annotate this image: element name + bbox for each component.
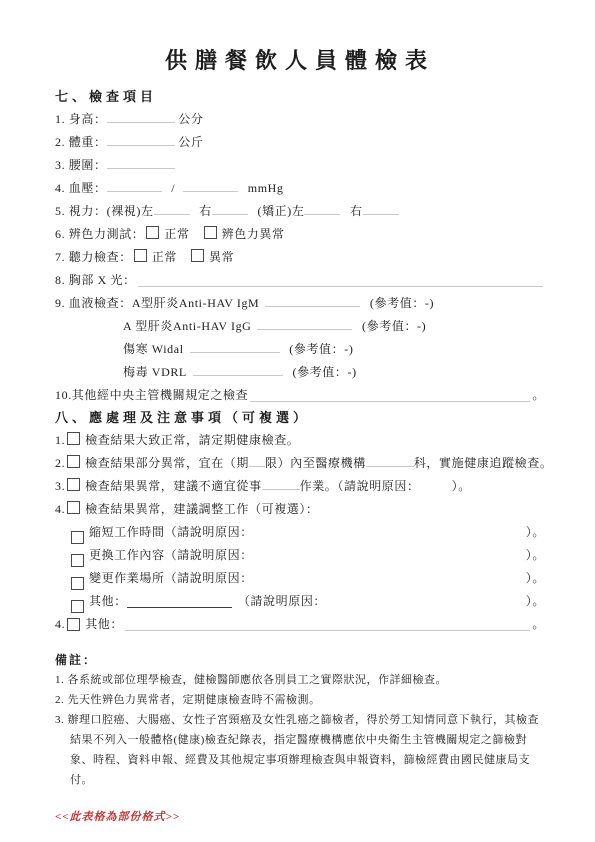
blood-igg-blank[interactable] <box>257 316 352 330</box>
blood-vdrl-name: 梅毒 VDRL <box>123 365 187 379</box>
row-adjust-work: 4.檢查結果異常，建議調整工作（可複選）： <box>55 498 545 521</box>
item1-num: 1. <box>55 433 65 447</box>
bp-label: 4. 血壓： <box>55 181 107 195</box>
color-abnormal-checkbox[interactable] <box>204 226 217 239</box>
shorten-hours-close: ）。 <box>526 521 545 544</box>
row-blood-widal: 傷寒 Widal (參考值：-) <box>55 338 545 361</box>
notes-section: 備註： 1. 各系統或部位理學檢查，健檢醫師應依各別員工之實際狀況，作詳細檢查。… <box>55 650 545 790</box>
blood-igm-ref: (參考值：-) <box>370 296 434 310</box>
adjust-other-checkbox[interactable] <box>71 600 84 613</box>
note-item-1: 1. 各系統或部位理學檢查，健檢醫師應依各別員工之實際狀況，作詳細檢查。 <box>55 670 545 690</box>
xray-input-blank[interactable] <box>138 286 543 287</box>
item2-period-blank[interactable] <box>249 453 265 467</box>
blood-igm-name: A型肝炎Anti-HAV IgM <box>132 296 260 310</box>
blood-widal-blank[interactable] <box>190 339 280 353</box>
shorten-hours-label: 縮短工作時間（請說明原因： <box>89 521 253 544</box>
section8-heading: 八、應處理及注意事項（可複選） <box>55 407 545 429</box>
bp-unit: mmHg <box>248 181 284 195</box>
item2-mid: 限）內至醫療機構 <box>265 456 366 470</box>
blood-igg-name: A 型肝炎Anti-HAV IgG <box>123 319 251 333</box>
hearing-normal-checkbox[interactable] <box>134 249 147 262</box>
row-shorten-hours: 縮短工作時間（請說明原因：）。 <box>55 521 545 544</box>
color-normal-label: 正常 <box>164 227 189 241</box>
item5-num: 4. <box>55 613 65 636</box>
other-final-checkbox[interactable] <box>67 618 80 631</box>
change-workplace-close: ）。 <box>526 567 545 590</box>
blood-vdrl-blank[interactable] <box>193 362 283 376</box>
waist-label: 3. 腰圍： <box>55 158 107 172</box>
adjust-work-checkbox[interactable] <box>67 501 80 514</box>
item1-text: 檢查結果大致正常，請定期健康檢查。 <box>85 433 299 447</box>
change-content-close: ）。 <box>526 544 545 567</box>
row-hearing: 7. 聽力檢查：正常異常 <box>55 246 545 269</box>
row-height: 1. 身高： 公分 <box>55 108 545 131</box>
adjust-other-close: ）。 <box>526 590 545 613</box>
blood-widal-name: 傷寒 Widal <box>123 342 184 356</box>
color-abnormal-label: 辨色力異常 <box>222 227 285 241</box>
change-content-label: 更換工作內容（請說明原因： <box>89 544 253 567</box>
vision-corrected-right-label: 右 <box>350 204 363 218</box>
row-weight: 2. 體重： 公斤 <box>55 131 545 154</box>
result-partial-checkbox[interactable] <box>67 455 80 468</box>
row-blood-igg: A 型肝炎Anti-HAV IgG (參考值：-) <box>55 315 545 338</box>
footer-note: <<此表格為部份格式>> <box>55 808 545 824</box>
hearing-abnormal-checkbox[interactable] <box>191 249 204 262</box>
waist-input-blank[interactable] <box>107 155 175 169</box>
blood-label: 9. 血液檢查： <box>55 296 132 310</box>
change-workplace-label: 變更作業場所（請說明原因： <box>89 567 253 590</box>
row-result-partial: 2.檢查結果部分異常，宜在（期限）內至醫療機構科，實施健康追蹤檢查。 <box>55 452 545 475</box>
item2-post: 科，實施健康追蹤檢查。 <box>414 456 553 470</box>
row-blood-vdrl: 梅毒 VDRL (參考值：-) <box>55 361 545 384</box>
note-item-2: 2. 先天性辨色力異常者，定期健康檢查時不需檢測。 <box>55 690 545 710</box>
row-other-final: 4.其他：。 <box>55 613 545 636</box>
adjust-other-label: 其他： <box>89 590 127 613</box>
item2-num: 2. <box>55 456 65 470</box>
item3-work-blank[interactable] <box>262 476 300 490</box>
section7-heading: 七、檢查項目 <box>55 86 545 108</box>
other-final-period: 。 <box>532 613 545 636</box>
vision-label: 5. 視力： <box>55 204 107 218</box>
notes-heading: 備註： <box>55 650 545 670</box>
adjust-other-blank[interactable] <box>127 594 232 608</box>
item3-pre: 檢查結果異常，建議不適宜從事 <box>85 479 261 493</box>
row-result-normal: 1.檢查結果大致正常，請定期健康檢查。 <box>55 429 545 452</box>
color-test-label: 6. 辨色力測試： <box>55 227 144 241</box>
page-title: 供膳餐飲人員體檢表 <box>55 46 545 76</box>
other-final-label: 其他： <box>85 613 123 636</box>
other-final-blank[interactable] <box>125 630 530 631</box>
vision-naked-right-label: 右 <box>199 204 212 218</box>
blood-widal-ref: (參考值：-) <box>289 342 353 356</box>
weight-label: 2. 體重： <box>55 135 107 149</box>
weight-unit: 公斤 <box>178 135 203 149</box>
row-change-content: 更換工作內容（請說明原因：）。 <box>55 544 545 567</box>
hearing-normal-label: 正常 <box>152 250 177 264</box>
vision-corrected-left-label: (矯正)左 <box>257 204 304 218</box>
blood-vdrl-ref: (參考值：-) <box>292 365 356 379</box>
item4-num: 4. <box>55 502 65 516</box>
row-adjust-other: 其他：（請說明原因：）。 <box>55 590 545 613</box>
xray-label: 8. 胸部 X 光： <box>55 269 136 292</box>
result-normal-checkbox[interactable] <box>67 432 80 445</box>
row-waist: 3. 腰圍： <box>55 154 545 177</box>
row-blood-igm: 9. 血液檢查：A型肝炎Anti-HAV IgM (參考值：-) <box>55 292 545 315</box>
item4-text: 檢查結果異常，建議調整工作（可複選）： <box>85 502 318 516</box>
item2-pre: 檢查結果部分異常，宜在（期 <box>85 456 249 470</box>
vision-naked-right-blank[interactable] <box>212 201 248 215</box>
color-normal-checkbox[interactable] <box>146 226 159 239</box>
blood-igm-blank[interactable] <box>265 293 360 307</box>
hearing-abnormal-label: 異常 <box>209 250 234 264</box>
row-xray: 8. 胸部 X 光： <box>55 269 545 292</box>
row-change-workplace: 變更作業場所（請說明原因：）。 <box>55 567 545 590</box>
weight-input-blank[interactable] <box>107 132 175 146</box>
other-central-label: 10.其他經中央主管機關規定之檢查 <box>55 384 248 407</box>
hearing-label: 7. 聽力檢查： <box>55 250 132 264</box>
adjust-other-mid: （請說明原因： <box>238 590 326 613</box>
row-color-test: 6. 辨色力測試：正常辨色力異常 <box>55 223 545 246</box>
item3-mid: 作業。（請說明原因： <box>300 479 420 493</box>
vision-corrected-left-blank[interactable] <box>304 201 340 215</box>
row-vision: 5. 視力：(裸視)左 右 (矯正)左 右 <box>55 200 545 223</box>
bp-slash: / <box>171 181 175 195</box>
vision-naked-left-blank[interactable] <box>154 201 190 215</box>
item3-post: ）。 <box>452 479 471 493</box>
result-abnormal-checkbox[interactable] <box>67 478 80 491</box>
bp-diastolic-blank[interactable] <box>183 178 238 192</box>
other-central-blank[interactable] <box>250 401 530 402</box>
blood-igg-ref: (參考值：-) <box>362 319 426 333</box>
item3-num: 3. <box>55 479 65 493</box>
row-result-abnormal: 3.檢查結果異常，建議不適宜從事作業。（請說明原因：）。 <box>55 475 545 498</box>
other-central-period: 。 <box>532 384 545 407</box>
change-content-checkbox[interactable] <box>71 554 84 567</box>
vision-corrected-right-blank[interactable] <box>363 201 399 215</box>
note-item-3: 3. 辦理口腔癌、大腸癌、女性子宮頸癌及女性乳癌之篩檢者，得於勞工知情同意下執行… <box>55 710 545 790</box>
height-unit: 公分 <box>178 112 203 126</box>
row-blood-pressure: 4. 血壓： / mmHg <box>55 177 545 200</box>
shorten-hours-checkbox[interactable] <box>71 531 84 544</box>
item2-dept-blank[interactable] <box>366 453 414 467</box>
form-page: 供膳餐飲人員體檢表 七、檢查項目 1. 身高： 公分 2. 體重： 公斤 3. … <box>0 0 595 842</box>
height-label: 1. 身高： <box>55 112 107 126</box>
vision-naked-left-label: (裸視)左 <box>107 204 154 218</box>
change-workplace-checkbox[interactable] <box>71 577 84 590</box>
bp-systolic-blank[interactable] <box>107 178 162 192</box>
height-input-blank[interactable] <box>107 109 175 123</box>
row-other-central: 10.其他經中央主管機關規定之檢查。 <box>55 384 545 407</box>
